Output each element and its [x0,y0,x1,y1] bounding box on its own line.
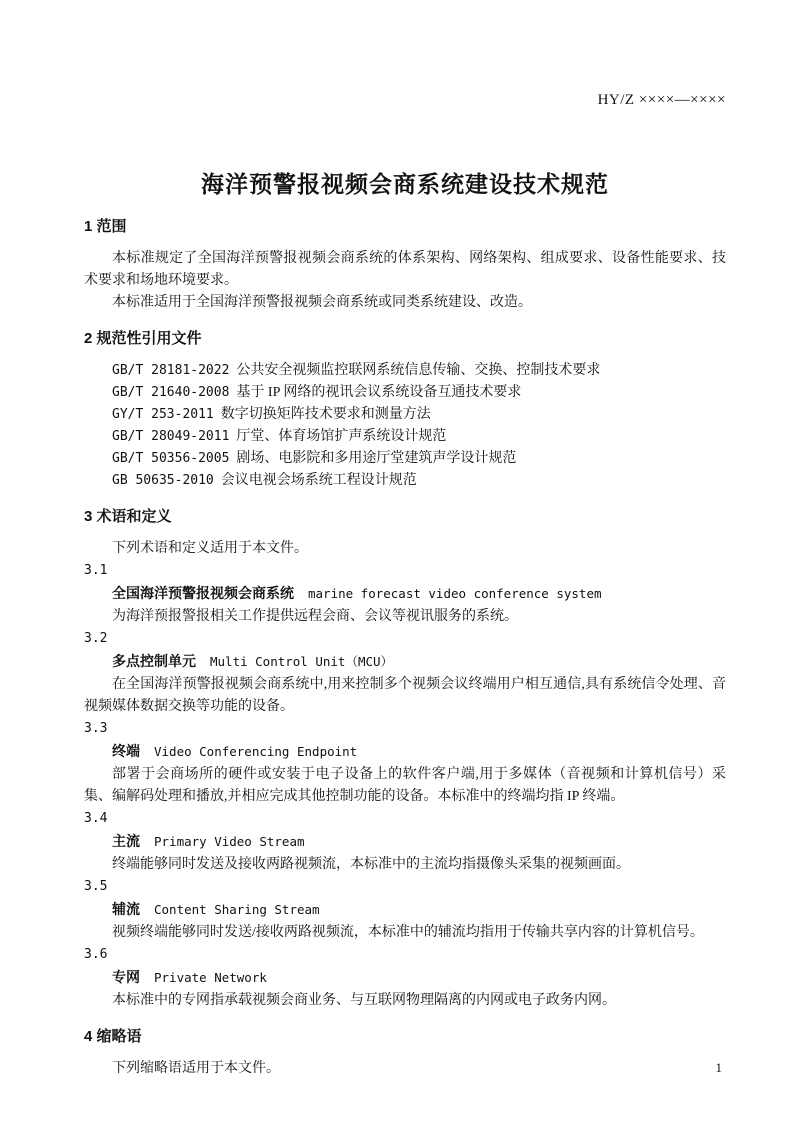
term-number: 3.2 [84,628,726,650]
term-number: 3.4 [84,808,726,830]
term-en: Video Conferencing Endpoint [154,744,357,759]
term-en: Private Network [154,970,267,985]
term-line: 主流Primary Video Stream [84,830,726,854]
clause-3-heading: 3 术语和定义 [84,508,726,526]
reference-title: 基于 IP 网络的视讯会议系统设备互通技术要求 [236,385,521,400]
reference-code: GB/T 50356-2005 [112,451,229,466]
term-en: Multi Control Unit（MCU） [210,654,393,669]
term-definition: 终端能够同时发送及接收两路视频流，本标准中的主流均指摄像头采集的视频画面。 [84,854,726,876]
term-zh: 辅流 [112,901,140,917]
reference-item: GY/T 253-2011数字切换矩阵技术要求和测量方法 [84,404,726,426]
term-definition: 为海洋预报警报相关工作提供远程会商、会议等视讯服务的系统。 [84,606,726,628]
doc-code: HY/Z ××××—×××× [84,93,726,108]
clause-1-heading: 1 范围 [84,218,726,236]
term-number: 3.1 [84,560,726,582]
reference-code: GB/T 28049-2011 [112,429,229,444]
reference-title: 公共安全视频监控联网系统信息传输、交换、控制技术要求 [236,363,600,378]
term-line: 多点控制单元Multi Control Unit（MCU） [84,650,726,674]
doc-title: 海洋预警报视频会商系统建设技术规范 [84,170,726,198]
term-en: marine forecast video conference system [308,586,602,601]
scope-paragraph: 本标准适用于全国海洋预警报视频会商系统或同类系统建设、改造。 [84,292,726,314]
term-en: Content Sharing Stream [154,902,320,917]
term-zh: 多点控制单元 [112,653,196,669]
reference-item: GB 50635-2010会议电视会场系统工程设计规范 [84,470,726,492]
reference-code: GY/T 253-2011 [112,407,214,422]
clause-2-heading: 2 规范性引用文件 [84,330,726,348]
reference-title: 剧场、电影院和多用途厅堂建筑声学设计规范 [236,451,516,466]
term-definition: 本标准中的专网指承载视频会商业务、与互联网物理隔离的内网或电子政务内网。 [84,990,726,1012]
reference-item: GB/T 28181-2022公共安全视频监控联网系统信息传输、交换、控制技术要… [84,360,726,382]
reference-item: GB/T 28049-2011厅堂、体育场馆扩声系统设计规范 [84,426,726,448]
clause-4-heading: 4 缩略语 [84,1028,726,1046]
term-zh: 主流 [112,833,140,849]
term-line: 专网Private Network [84,966,726,990]
term-zh: 专网 [112,969,140,985]
term-definition: 视频终端能够同时发送/接收两路视频流，本标准中的辅流均指用于传输共享内容的计算机… [84,922,726,944]
reference-title: 数字切换矩阵技术要求和测量方法 [221,407,431,422]
term-en: Primary Video Stream [154,834,305,849]
reference-code: GB/T 28181-2022 [112,363,229,378]
scope-paragraph: 本标准规定了全国海洋预警报视频会商系统的体系架构、网络架构、组成要求、设备性能要… [84,248,726,292]
term-number: 3.6 [84,944,726,966]
term-zh: 全国海洋预警报视频会商系统 [112,585,294,601]
term-definition: 在全国海洋预警报视频会商系统中,用来控制多个视频会议终端用户相互通信,具有系统信… [84,674,726,718]
terms-intro: 下列术语和定义适用于本文件。 [84,538,726,560]
term-line: 全国海洋预警报视频会商系统marine forecast video confe… [84,582,726,606]
term-zh: 终端 [112,743,140,759]
term-line: 辅流Content Sharing Stream [84,898,726,922]
reference-item: GB/T 50356-2005剧场、电影院和多用途厅堂建筑声学设计规范 [84,448,726,470]
term-number: 3.5 [84,876,726,898]
reference-code: GB 50635-2010 [112,473,214,488]
term-line: 终端Video Conferencing Endpoint [84,740,726,764]
reference-code: GB/T 21640-2008 [112,385,229,400]
document-page: HY/Z ××××—×××× 海洋预警报视频会商系统建设技术规范 1 范围 本标… [0,0,800,1132]
reference-item: GB/T 21640-2008基于 IP 网络的视讯会议系统设备互通技术要求 [84,382,726,404]
term-number: 3.3 [84,718,726,740]
reference-title: 厅堂、体育场馆扩声系统设计规范 [236,429,446,444]
reference-title: 会议电视会场系统工程设计规范 [221,473,417,488]
term-definition: 部署于会商场所的硬件或安装于电子设备上的软件客户端,用于多媒体（音视频和计算机信… [84,764,726,808]
abbreviations-intro: 下列缩略语适用于本文件。 [84,1058,726,1080]
page-number: 1 [716,1061,723,1074]
